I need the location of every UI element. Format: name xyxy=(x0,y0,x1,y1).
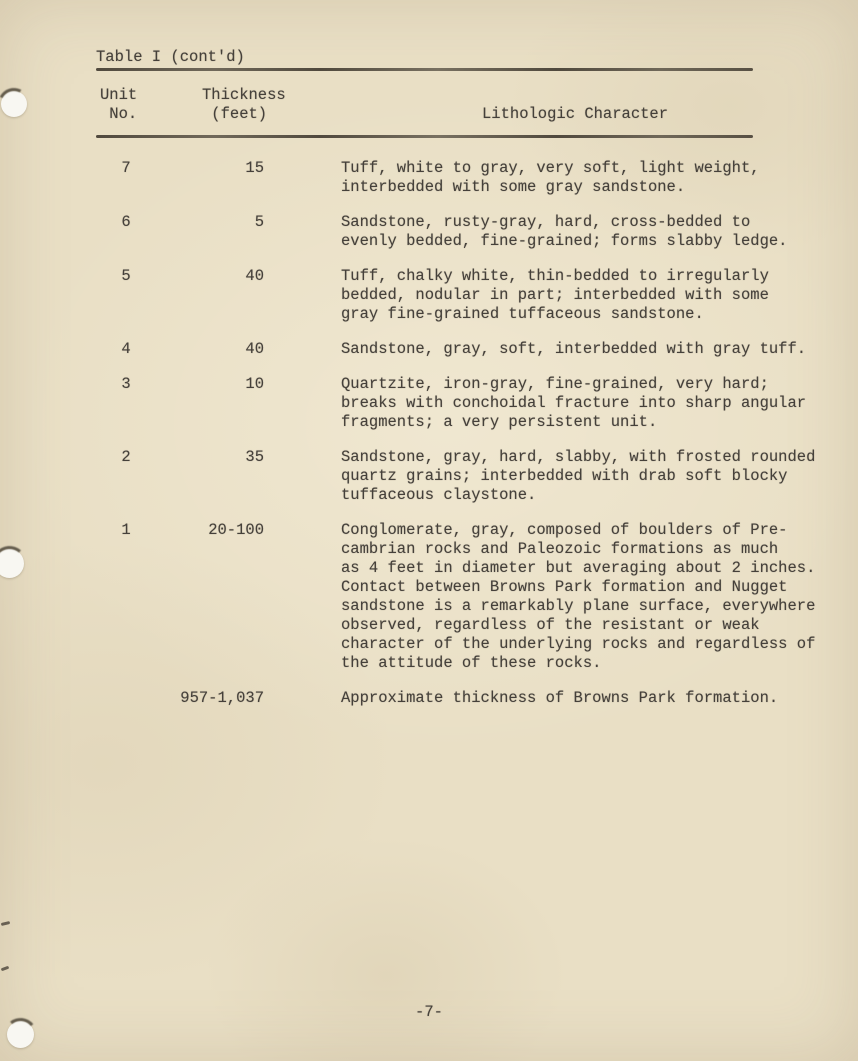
table-row-unit-4: 4 40 Sandstone, gray, soft, interbedded … xyxy=(96,340,753,359)
scanned-document-page: Table I (cont'd) Unit No. Thickness (fee… xyxy=(0,0,858,1061)
unit-no-cell: 5 xyxy=(96,267,156,286)
table-row-unit-5: 5 40 Tuff, chalky white, thin-bedded to … xyxy=(96,267,753,324)
column-header-lithologic-character: Lithologic Character xyxy=(482,105,668,124)
unit-no-cell: 3 xyxy=(96,375,156,394)
table-row-unit-6: 6 5 Sandstone, rusty-gray, hard, cross-b… xyxy=(96,213,753,251)
title-rule xyxy=(96,68,753,71)
unit-no-cell: 6 xyxy=(96,213,156,232)
unit-no-cell: 4 xyxy=(96,340,156,359)
table-row-unit-2: 2 35 Sandstone, gray, hard, slabby, with… xyxy=(96,448,753,505)
lithologic-character-cell: Conglomerate, gray, composed of boulders… xyxy=(341,521,815,673)
punch-hole-middle xyxy=(0,549,24,578)
unit-no-cell: 2 xyxy=(96,448,156,467)
lithologic-character-cell: Sandstone, rusty-gray, hard, cross-bedde… xyxy=(341,213,787,251)
thickness-cell: 40 xyxy=(156,267,264,286)
lithologic-character-cell: Tuff, chalky white, thin-bedded to irreg… xyxy=(341,267,769,324)
table-header-row: Unit No. Thickness (feet) Lithologic Cha… xyxy=(96,86,753,135)
thickness-cell: 5 xyxy=(156,213,264,232)
punch-hole-top xyxy=(1,91,27,117)
page-number: -7- xyxy=(0,1003,858,1022)
thickness-cell: 35 xyxy=(156,448,264,467)
column-header-thickness-feet: Thickness (feet) xyxy=(202,86,286,124)
punch-hole-bottom xyxy=(7,1021,34,1048)
lithologic-character-cell: Sandstone, gray, hard, slabby, with fros… xyxy=(341,448,815,505)
table-title: Table I (cont'd) xyxy=(96,48,753,67)
thickness-cell: 40 xyxy=(156,340,264,359)
unit-no-cell: 7 xyxy=(96,159,156,178)
thickness-cell: 15 xyxy=(156,159,264,178)
lithologic-character-cell: Sandstone, gray, soft, interbedded with … xyxy=(341,340,806,359)
table-body: 7 15 Tuff, white to gray, very soft, lig… xyxy=(96,159,753,708)
lithologic-character-cell: Approximate thickness of Browns Park for… xyxy=(341,689,778,708)
column-header-unit-no: Unit No. xyxy=(100,86,137,124)
header-rule xyxy=(96,135,753,138)
thickness-cell: 957-1,037 xyxy=(156,689,264,708)
ink-fleck xyxy=(1,921,10,926)
unit-no-cell: 1 xyxy=(96,521,156,540)
thickness-cell: 10 xyxy=(156,375,264,394)
table-row-unit-7: 7 15 Tuff, white to gray, very soft, lig… xyxy=(96,159,753,197)
lithologic-character-cell: Tuff, white to gray, very soft, light we… xyxy=(341,159,760,197)
ink-fleck xyxy=(1,966,10,972)
table-row-unit-1: 1 20-100 Conglomerate, gray, composed of… xyxy=(96,521,753,673)
table-row-unit-3: 3 10 Quartzite, iron-gray, fine-grained,… xyxy=(96,375,753,432)
table-content: Table I (cont'd) Unit No. Thickness (fee… xyxy=(96,0,753,724)
thickness-cell: 20-100 xyxy=(156,521,264,540)
table-row-total-thickness: 957-1,037 Approximate thickness of Brown… xyxy=(96,689,753,708)
lithologic-character-cell: Quartzite, iron-gray, fine-grained, very… xyxy=(341,375,806,432)
